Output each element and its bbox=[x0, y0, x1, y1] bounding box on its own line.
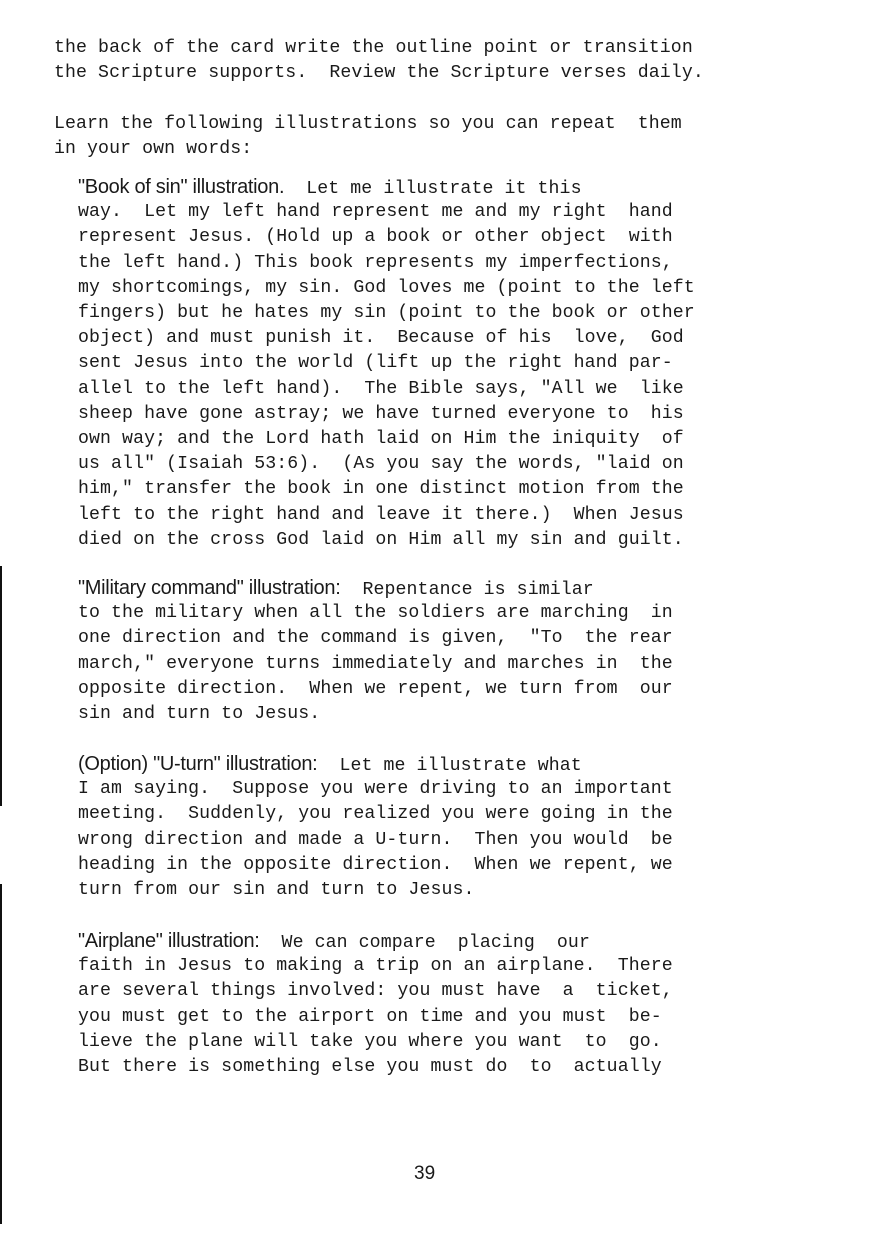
illustration-text-line: the left hand.) This book represents my … bbox=[78, 251, 673, 276]
illustration-text-line: sheep have gone astray; we have turned e… bbox=[78, 402, 684, 427]
illustration-text-line: meeting. Suddenly, you realized you were… bbox=[78, 802, 673, 827]
illustration-text-line: own way; and the Lord hath laid on Him t… bbox=[78, 427, 684, 452]
illustration-text-line: are several things involved: you must ha… bbox=[78, 979, 673, 1004]
illustration-text-line: object) and must punish it. Because of h… bbox=[78, 326, 684, 351]
illustration-text-line: us all" (Isaiah 53:6). (As you say the w… bbox=[78, 452, 684, 477]
intro-line: Learn the following illustrations so you… bbox=[54, 112, 682, 137]
illustration-heading: "Airplane" illustration: bbox=[78, 930, 260, 952]
illustration-text-line: way. Let my left hand represent me and m… bbox=[78, 200, 673, 225]
illustration-text-line: turn from our sin and turn to Jesus. bbox=[78, 878, 475, 903]
illustration-heading: "Military command" illustration: bbox=[78, 577, 340, 599]
illustration-text-line: one direction and the command is given, … bbox=[78, 626, 673, 651]
illustration-heading: "Book of sin" illustration. bbox=[78, 176, 284, 198]
illustration-text-line: sin and turn to Jesus. bbox=[78, 702, 320, 727]
illustration-text-line: sent Jesus into the world (lift up the r… bbox=[78, 351, 673, 376]
illustration-text-line: heading in the opposite direction. When … bbox=[78, 853, 673, 878]
illustration-first-line: "Military command" illustration: Repenta… bbox=[78, 576, 594, 603]
illustration-text-line: faith in Jesus to making a trip on an ai… bbox=[78, 954, 673, 979]
intro-line: in your own words: bbox=[54, 137, 252, 162]
illustration-first-line: (Option) "U-turn" illustration: Let me i… bbox=[78, 752, 582, 779]
illustration-text: Let me illustrate what bbox=[317, 756, 581, 776]
illustration-text-line: died on the cross God laid on Him all my… bbox=[78, 528, 684, 553]
illustration-first-line: "Book of sin" illustration. Let me illus… bbox=[78, 175, 582, 202]
illustration-text: Repentance is similar bbox=[340, 580, 593, 600]
illustration-text: We can compare placing our bbox=[260, 933, 590, 953]
scan-edge-mark bbox=[0, 566, 2, 806]
illustration-text-line: fingers) but he hates my sin (point to t… bbox=[78, 301, 695, 326]
illustration-heading: (Option) "U-turn" illustration: bbox=[78, 753, 317, 775]
illustration-text-line: opposite direction. When we repent, we t… bbox=[78, 677, 673, 702]
illustration-text-line: represent Jesus. (Hold up a book or othe… bbox=[78, 225, 673, 250]
illustration-text-line: allel to the left hand). The Bible says,… bbox=[78, 377, 684, 402]
illustration-text-line: my shortcomings, my sin. God loves me (p… bbox=[78, 276, 695, 301]
illustration-text-line: him," transfer the book in one distinct … bbox=[78, 477, 684, 502]
illustration-text-line: left to the right hand and leave it ther… bbox=[78, 503, 684, 528]
intro-line: the back of the card write the outline p… bbox=[54, 36, 693, 61]
illustration-first-line: "Airplane" illustration: We can compare … bbox=[78, 929, 590, 956]
illustration-text-line: wrong direction and made a U-turn. Then … bbox=[78, 828, 673, 853]
illustration-text: Let me illustrate it this bbox=[284, 179, 581, 199]
scan-edge-mark bbox=[0, 884, 2, 1224]
illustration-text-line: I am saying. Suppose you were driving to… bbox=[78, 777, 673, 802]
illustration-text-line: But there is something else you must do … bbox=[78, 1055, 662, 1080]
illustration-text-line: lieve the plane will take you where you … bbox=[78, 1030, 662, 1055]
illustration-text-line: to the military when all the soldiers ar… bbox=[78, 601, 673, 626]
illustration-text-line: march," everyone turns immediately and m… bbox=[78, 652, 673, 677]
illustration-text-line: you must get to the airport on time and … bbox=[78, 1005, 662, 1030]
intro-line: the Scripture supports. Review the Scrip… bbox=[54, 61, 704, 86]
page-number: 39 bbox=[414, 1163, 435, 1185]
